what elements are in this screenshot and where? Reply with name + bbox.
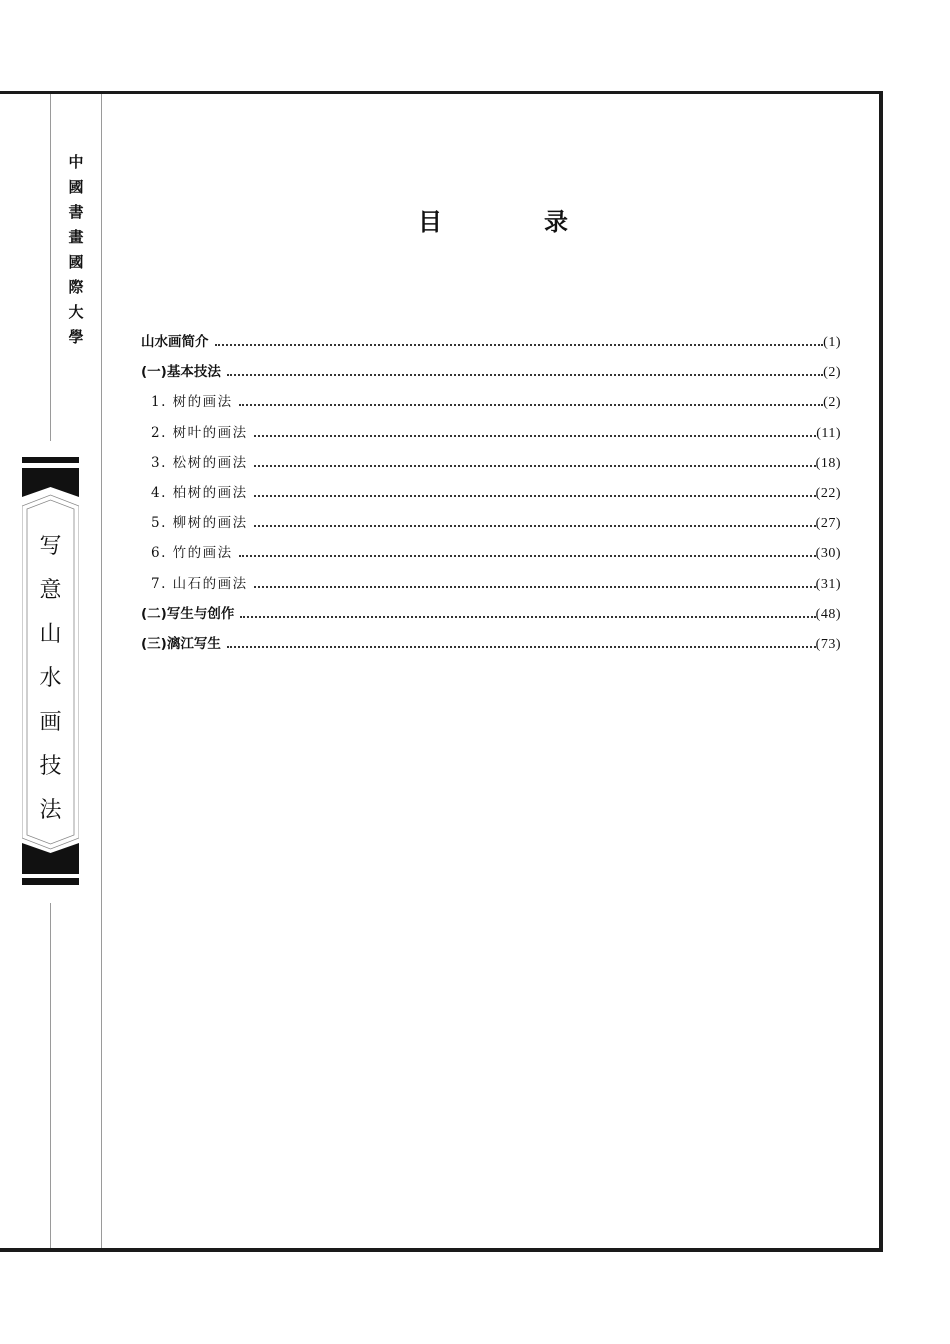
toc-entry-page: (11) (816, 426, 841, 442)
spine-publisher-char: 國 (68, 250, 83, 275)
toc-entry-page: (1) (823, 335, 841, 351)
toc-entry[interactable]: (二)写生与创作 (48) (141, 602, 841, 632)
toc-leader-dots (239, 404, 824, 406)
toc-entry-page: (73) (816, 637, 841, 653)
spine-publisher-char: 畫 (68, 225, 83, 250)
spine-label-bottom-chevron-block (22, 843, 79, 874)
toc-entry-label: 4. 柏树的画法 (141, 481, 254, 501)
toc-leader-dots (254, 465, 816, 467)
toc-entry-label: 6. 竹的画法 (141, 541, 239, 561)
toc-entry-label: 1. 树的画法 (141, 390, 239, 410)
spine-publisher-char: 書 (68, 200, 83, 225)
spine-publisher-name: 中 國 書 畫 國 際 大 學 (62, 150, 90, 350)
toc-entry-label: 2. 树叶的画法 (141, 421, 254, 441)
toc-entry-page: (18) (816, 456, 841, 472)
toc-leader-dots (215, 344, 824, 346)
page-title-char: 目 (418, 202, 442, 237)
toc-entry-label: 5. 柳树的画法 (141, 511, 254, 531)
toc-entry[interactable]: (三)漓江写生 (73) (141, 632, 841, 662)
spine-publisher-char: 學 (68, 325, 83, 350)
toc-entry-label: (一)基本技法 (141, 360, 227, 380)
toc-entry[interactable]: 4. 柏树的画法 (22) (141, 481, 841, 511)
toc-entry-label: 山水画简介 (141, 330, 215, 350)
toc-leader-dots (227, 374, 823, 376)
spine-title-char: 意 (39, 569, 61, 613)
spine-book-title: 写 意 山 水 画 技 法 (22, 525, 79, 833)
toc-leader-dots (254, 435, 817, 437)
spine-line-outer-upper (50, 94, 51, 441)
spine-line-outer-lower (50, 903, 51, 1248)
toc-leader-dots (227, 646, 816, 648)
toc-leader-dots (240, 616, 815, 618)
toc-leader-dots (254, 495, 816, 497)
toc-entry-page: (2) (823, 365, 841, 381)
toc-leader-dots (254, 525, 816, 527)
toc-entry[interactable]: 3. 松树的画法 (18) (141, 451, 841, 481)
page-title-char: 录 (544, 202, 568, 237)
toc-entry-label: 3. 松树的画法 (141, 451, 254, 471)
toc-entry-page: (22) (816, 486, 841, 502)
toc-entry[interactable]: 2. 树叶的画法 (11) (141, 421, 841, 451)
table-of-contents: 山水画简介 (1) (一)基本技法 (2) 1. 树的画法 (2) 2. 树叶的… (141, 330, 841, 662)
page-frame-top-border (0, 91, 883, 94)
toc-entry[interactable]: 1. 树的画法 (2) (141, 390, 841, 420)
toc-entry-page: (31) (816, 577, 841, 593)
toc-entry-label: (三)漓江写生 (141, 632, 227, 652)
spine-publisher-char: 國 (68, 175, 83, 200)
toc-entry[interactable]: 6. 竹的画法 (30) (141, 541, 841, 571)
spine-title-char: 写 (39, 525, 61, 569)
spine-title-char: 水 (39, 657, 61, 701)
spine-title-char: 法 (39, 789, 61, 833)
page-frame-right-border (879, 91, 883, 1252)
spine-title-char: 画 (39, 701, 61, 745)
spine-title-char: 技 (39, 745, 61, 789)
toc-entry[interactable]: 7. 山石的画法 (31) (141, 572, 841, 602)
toc-leader-dots (239, 555, 816, 557)
page-frame-bottom-border (0, 1248, 883, 1252)
toc-entry-label: (二)写生与创作 (141, 602, 240, 622)
toc-entry-page: (2) (823, 395, 841, 411)
spine-title-char: 山 (39, 613, 61, 657)
spine-label-bottom-bar (22, 878, 79, 885)
spine-publisher-char: 大 (68, 300, 83, 325)
toc-entry-page: (30) (816, 546, 841, 562)
toc-entry-label: 7. 山石的画法 (141, 572, 254, 592)
toc-entry[interactable]: 5. 柳树的画法 (27) (141, 511, 841, 541)
spine-label-top-bar (22, 457, 79, 463)
spine-publisher-char: 際 (68, 275, 83, 300)
toc-entry[interactable]: 山水画简介 (1) (141, 330, 841, 360)
toc-entry-page: (27) (816, 516, 841, 532)
toc-entry-page: (48) (816, 607, 841, 623)
toc-leader-dots (254, 586, 816, 588)
spine-publisher-char: 中 (68, 150, 83, 175)
toc-entry[interactable]: (一)基本技法 (2) (141, 360, 841, 390)
spine-line-inner (101, 94, 102, 1248)
page-title: 目 录 (418, 202, 568, 237)
